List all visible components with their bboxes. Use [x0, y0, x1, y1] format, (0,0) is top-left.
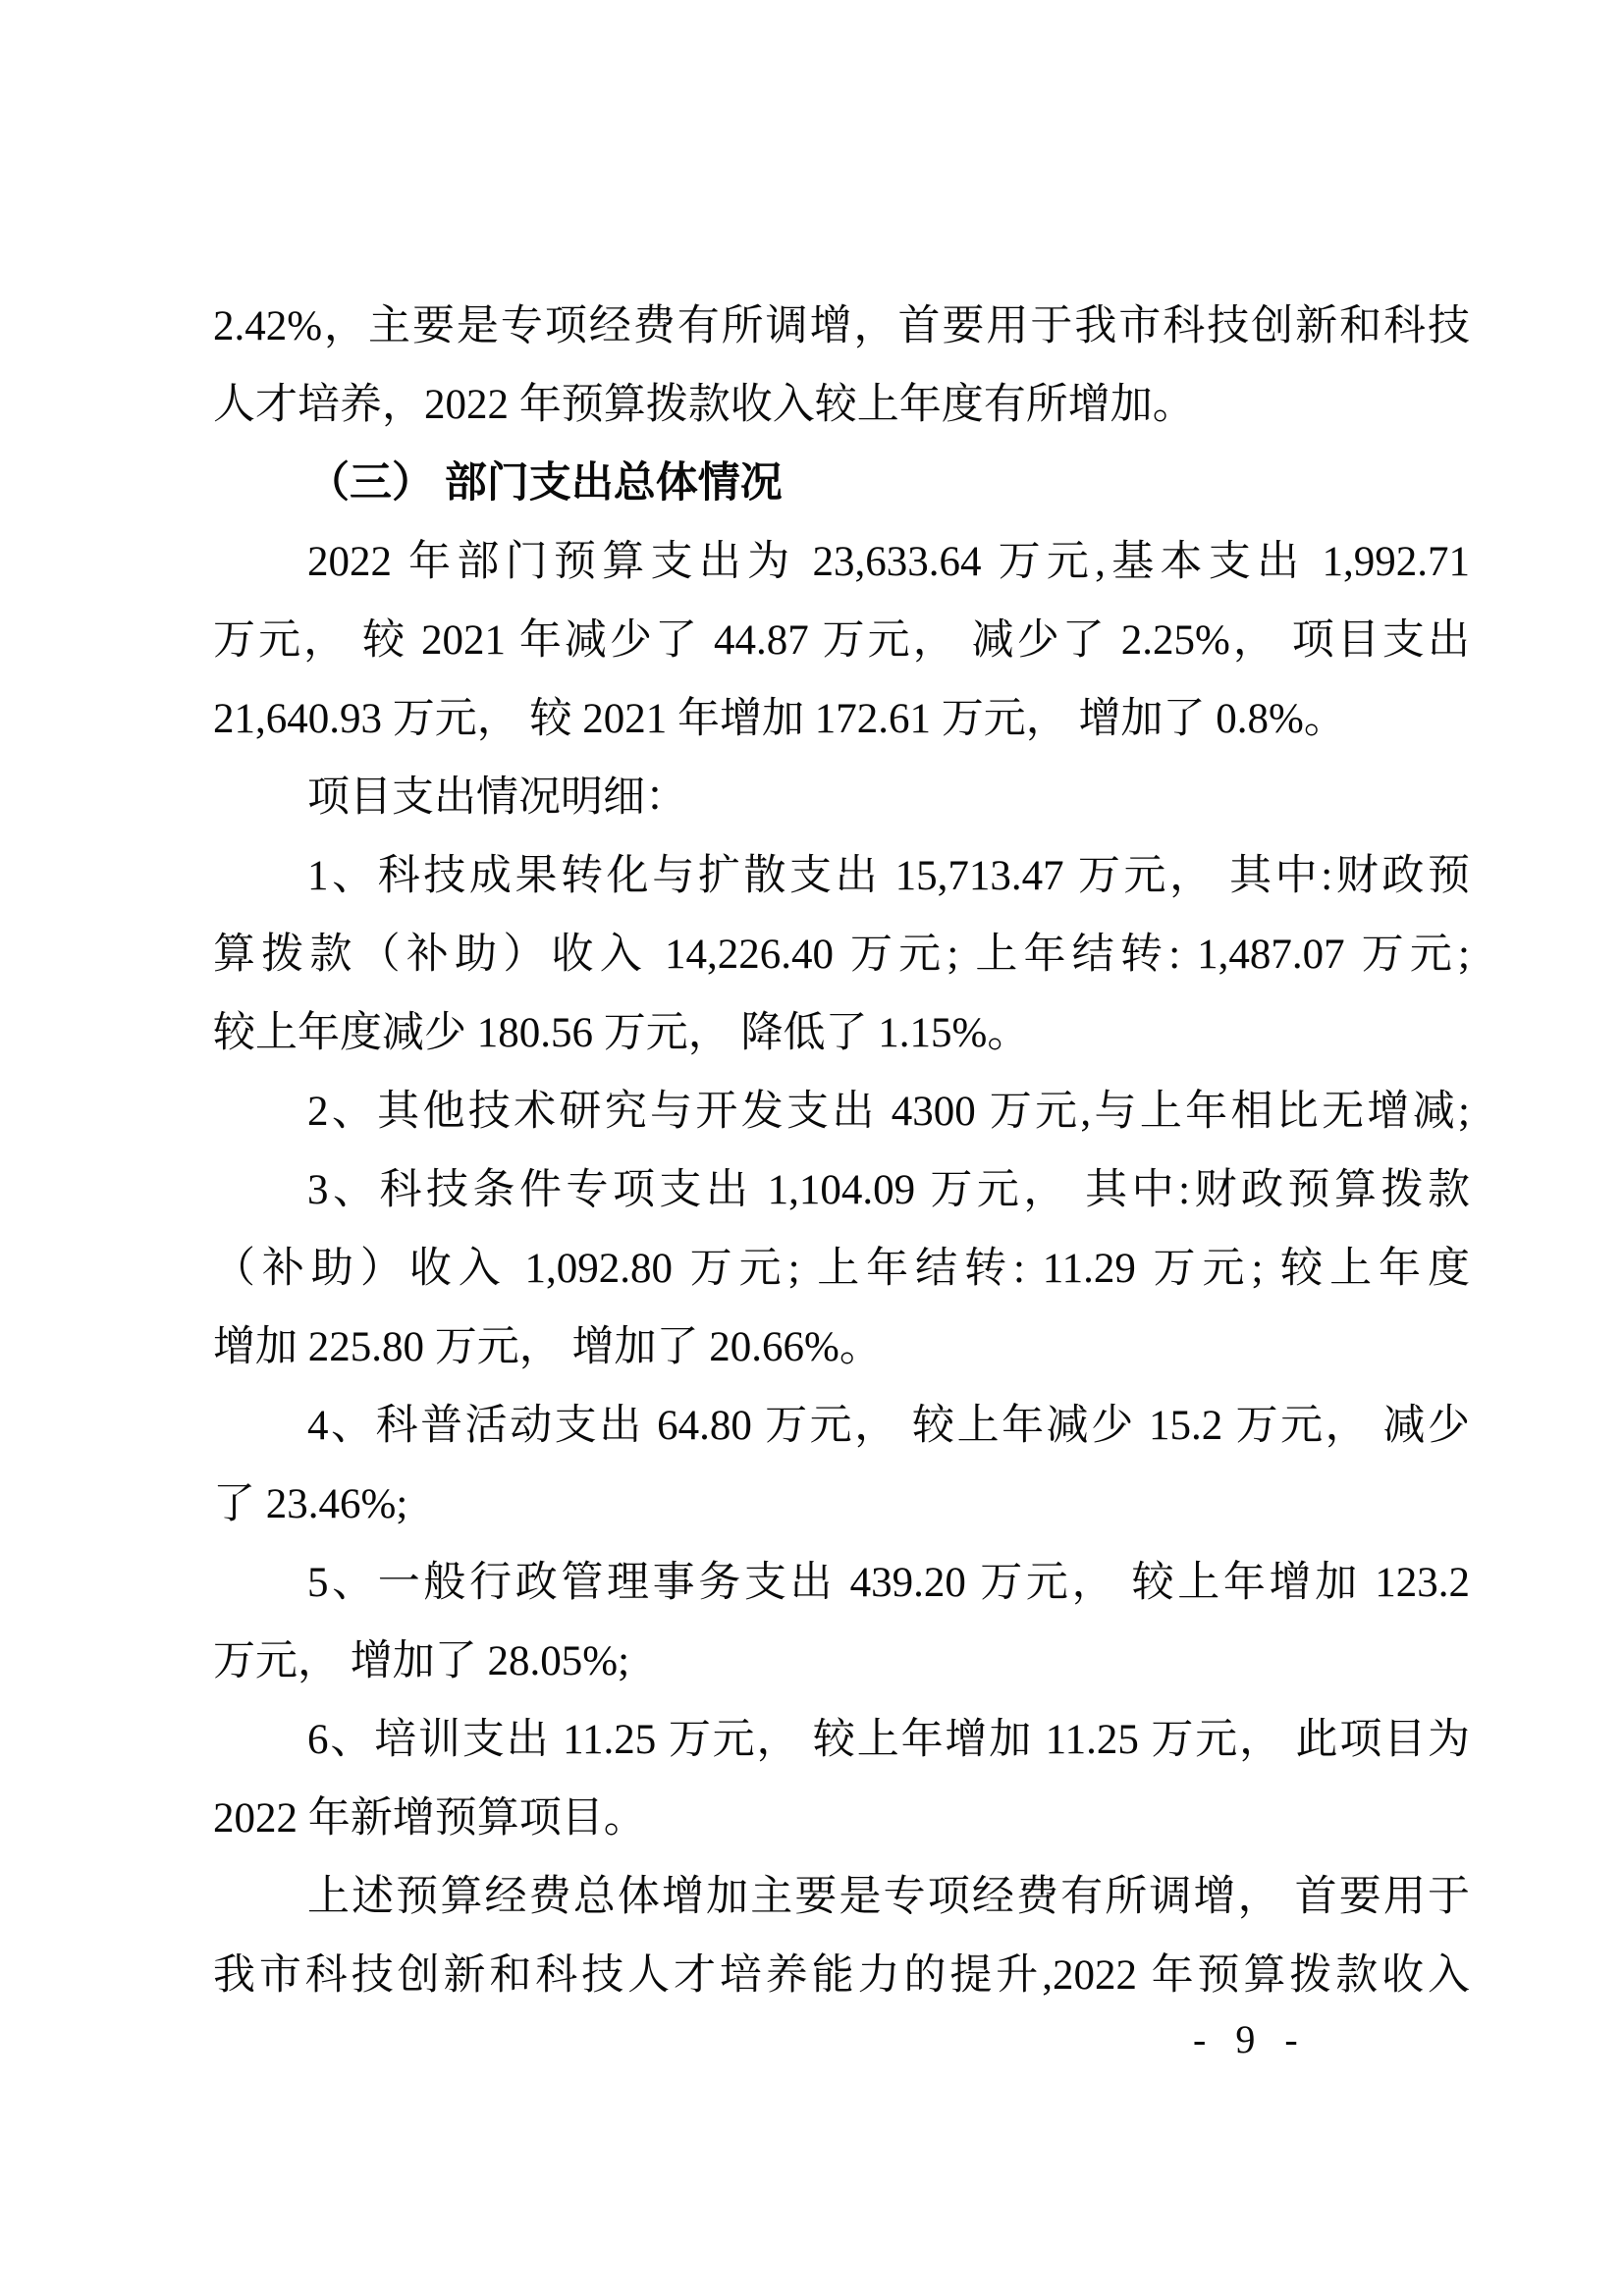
- text-line: 算拨款（补助）收入 14,226.40 万元; 上年结转: 1,487.07 万…: [213, 916, 1470, 994]
- text-line: 2.42%，主要是专项经费有所调增，首要用于我市科技创新和科技: [213, 288, 1470, 366]
- document-page: 2.42%，主要是专项经费有所调增，首要用于我市科技创新和科技人才培养，2022…: [0, 0, 1624, 2296]
- text-line: 我市科技创新和科技人才培养能力的提升,2022 年预算拨款收入: [213, 1937, 1470, 2015]
- text-line: 人才培养，2022 年预算拨款收入较上年度有所增加。: [213, 366, 1470, 445]
- text-line: 2022 年部门预算支出为 23,633.64 万元,基本支出 1,992.71: [213, 523, 1470, 602]
- section-heading: （三） 部门支出总体情况: [213, 445, 1470, 523]
- text-line: 1、科技成果转化与扩散支出 15,713.47 万元， 其中:财政预: [213, 837, 1470, 916]
- text-line: 项目支出情况明细：: [213, 759, 1470, 837]
- text-line: 上述预算经费总体增加主要是专项经费有所调增， 首要用于: [213, 1858, 1470, 1937]
- text-line: 较上年度减少 180.56 万元， 降低了 1.15%。: [213, 994, 1470, 1073]
- text-line: 了 23.46%;: [213, 1466, 1470, 1544]
- text-line: 增加 225.80 万元， 增加了 20.66%。: [213, 1308, 1470, 1387]
- text-line: 4、科普活动支出 64.80 万元， 较上年减少 15.2 万元， 减少: [213, 1387, 1470, 1466]
- text-line: 6、培训支出 11.25 万元， 较上年增加 11.25 万元， 此项目为: [213, 1701, 1470, 1780]
- text-line: 2、其他技术研究与开发支出 4300 万元,与上年相比无增减;: [213, 1073, 1470, 1151]
- text-line: 2022 年新增预算项目。: [213, 1780, 1470, 1858]
- text-line: （补助）收入 1,092.80 万元; 上年结转: 11.29 万元; 较上年度: [213, 1230, 1470, 1308]
- text-line: 万元， 较 2021 年减少了 44.87 万元， 减少了 2.25%， 项目支…: [213, 602, 1470, 680]
- text-line: 21,640.93 万元， 较 2021 年增加 172.61 万元， 增加了 …: [213, 680, 1470, 759]
- page-number: - 9 -: [1193, 2010, 1308, 2069]
- text-lines: 2.42%，主要是专项经费有所调增，首要用于我市科技创新和科技人才培养，2022…: [213, 288, 1470, 2015]
- text-line: 5、一般行政管理事务支出 439.20 万元， 较上年增加 123.2: [213, 1544, 1470, 1623]
- text-line: 万元， 增加了 28.05%;: [213, 1623, 1470, 1701]
- text-line: 3、科技条件专项支出 1,104.09 万元， 其中:财政预算拨款: [213, 1151, 1470, 1230]
